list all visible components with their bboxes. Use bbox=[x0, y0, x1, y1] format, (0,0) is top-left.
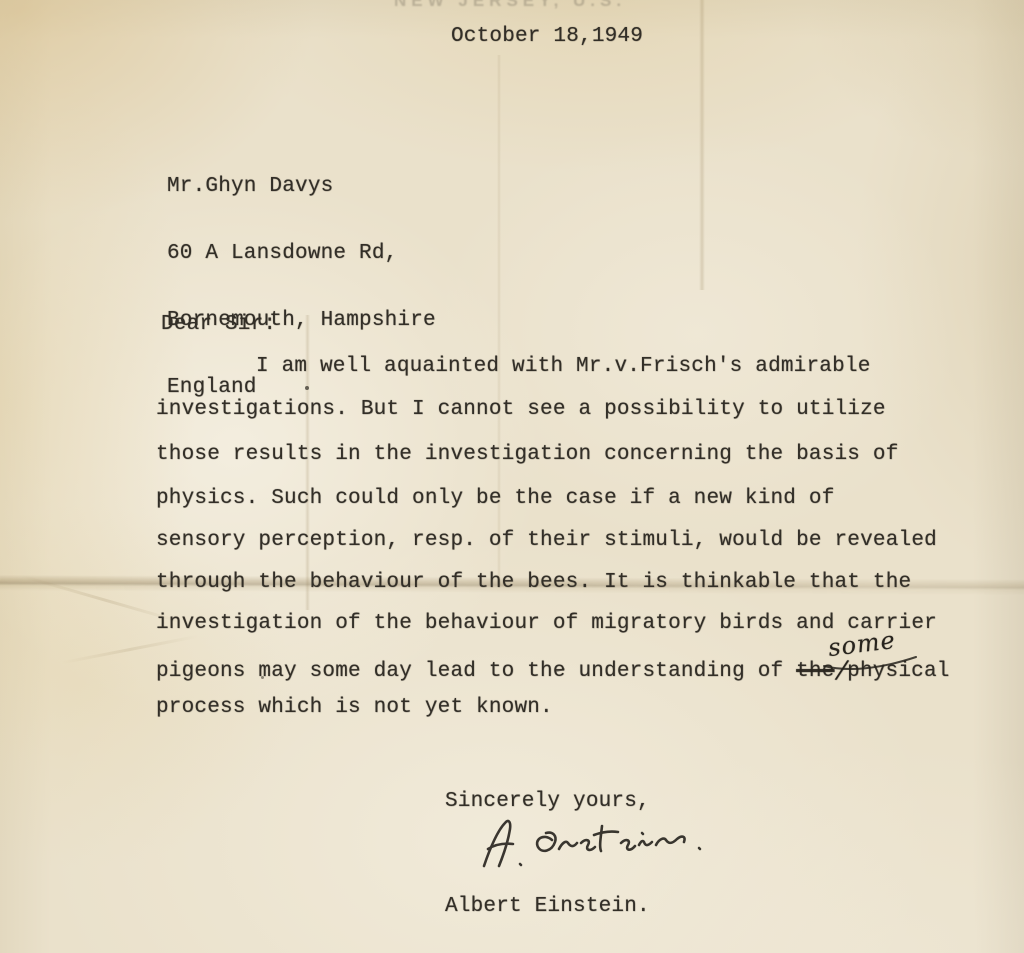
body-line: I am well aquainted with Mr.v.Frisch's a… bbox=[256, 356, 871, 377]
body-line: through the behaviour of the bees. It is… bbox=[156, 572, 911, 593]
letterhead-text: NEW JERSEY, U.S. bbox=[394, 0, 654, 11]
body-line: process which is not yet known. bbox=[156, 697, 553, 718]
recipient-name: Mr.Ghyn Davys bbox=[167, 174, 436, 199]
recipient-country: England bbox=[167, 375, 436, 400]
correction-prefix: pigeons may some day lead to the underst… bbox=[156, 660, 796, 683]
body-line: those results in the investigation conce… bbox=[156, 444, 899, 465]
signature-handwriting bbox=[468, 812, 708, 874]
body-line: investigations. But I cannot see a possi… bbox=[156, 399, 886, 420]
body-line: physics. Such could only be the case if … bbox=[156, 488, 835, 509]
body-line: investigation of the behaviour of migrat… bbox=[156, 613, 937, 634]
date-line: October 18,1949 bbox=[451, 26, 643, 47]
handwritten-underline-flourish bbox=[820, 652, 920, 672]
letter-page: NEW JERSEY, U.S. October 18,1949 Mr.Ghyn… bbox=[0, 0, 1024, 953]
salutation: Dear Sir: bbox=[161, 314, 276, 335]
recipient-street: 60 A Lansdowne Rd, bbox=[167, 241, 436, 266]
vertical-fold-crease-right bbox=[699, 0, 705, 290]
closing-line: Sincerely yours, bbox=[445, 791, 650, 812]
recipient-address: Mr.Ghyn Davys 60 A Lansdowne Rd, Bornemo… bbox=[167, 132, 436, 442]
typed-signature-name: Albert Einstein. bbox=[445, 896, 650, 917]
body-line: sensory perception, resp. of their stimu… bbox=[156, 530, 937, 551]
